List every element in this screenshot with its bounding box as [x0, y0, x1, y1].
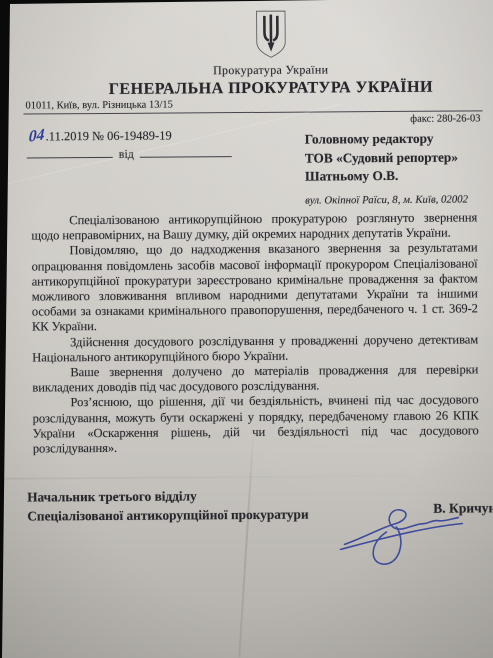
signoff-title-line1: Начальник третього відділу — [27, 486, 308, 507]
outgoing-number: .11.2019 № 06-19489-19 — [46, 129, 172, 144]
reference-blank-left — [27, 147, 113, 159]
letter-content: Прокуратура України ГЕНЕРАЛЬНА ПРОКУРАТУ… — [0, 0, 493, 658]
org-name-small: Прокуратура України — [50, 62, 491, 78]
body-paragraph: Ваше звернення долучено до матеріалів пр… — [32, 362, 478, 396]
signoff-title-line2: Спеціалізованої антикорупційної прокурат… — [27, 505, 308, 526]
handwritten-day: 04 — [29, 128, 45, 145]
tryzub-emblem-icon — [251, 10, 289, 60]
letterhead: Прокуратура України ГЕНЕРАЛЬНА ПРОКУРАТУ… — [0, 8, 491, 98]
handwritten-signature-icon — [336, 493, 467, 574]
org-name-main: ГЕНЕРАЛЬНА ПРОКУРАТУРА УКРАЇНИ — [50, 77, 491, 98]
photo-frame: Прокуратура України ГЕНЕРАЛЬНА ПРОКУРАТУ… — [0, 0, 493, 658]
signoff-title: Начальник третього відділу Спеціалізован… — [27, 486, 309, 526]
paper-crease-vertical — [238, 428, 254, 658]
body-paragraph: Роз’яснюю, що рішення, дії чи бездіяльні… — [32, 393, 478, 457]
paper-crease-horizontal — [1, 474, 493, 479]
body-paragraph: Здійснення досудового розслідування у пр… — [32, 332, 478, 366]
letter-paper: Прокуратура України ГЕНЕРАЛЬНА ПРОКУРАТУ… — [0, 0, 493, 658]
